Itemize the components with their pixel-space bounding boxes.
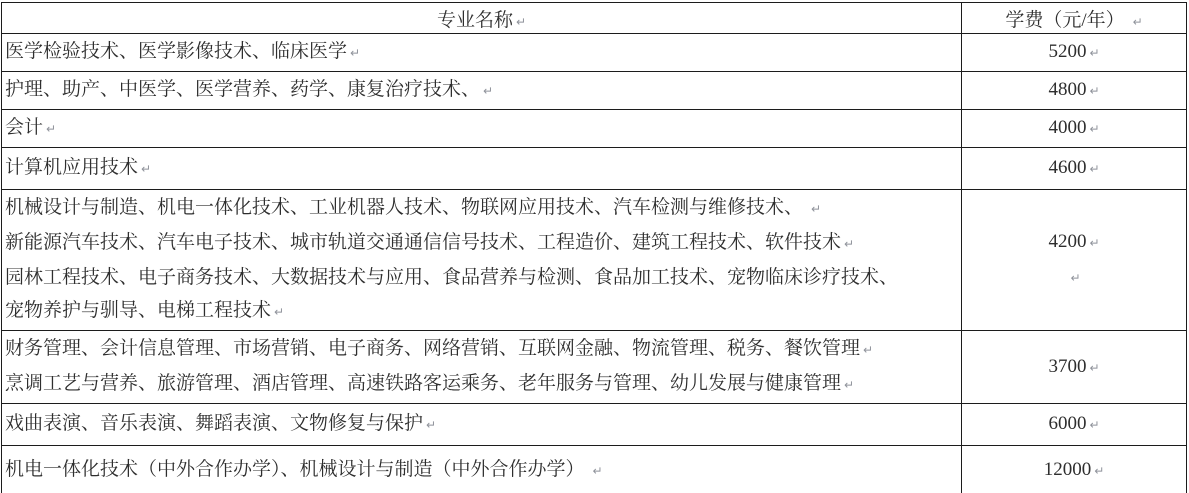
table-row: 计算机应用技术↵ 4600↵ bbox=[2, 148, 1187, 190]
fee-value: 5200 bbox=[1048, 41, 1086, 62]
majors-cell: 机电一体化技术（中外合作办学）、机械设计与制造（中外合作办学）↵ bbox=[2, 446, 962, 493]
table-row: 戏曲表演、音乐表演、舞蹈表演、文物修复与保护↵ 6000↵ bbox=[2, 404, 1187, 446]
return-mark-icon: ↵ bbox=[1089, 84, 1099, 98]
fee-value: 3700 bbox=[1048, 356, 1086, 377]
return-mark-icon: ↵ bbox=[1089, 361, 1099, 375]
return-mark-icon: ↵ bbox=[1070, 271, 1080, 285]
fee-cell: 4200↵ ↵ bbox=[962, 190, 1187, 331]
return-mark-icon: ↵ bbox=[844, 237, 854, 251]
return-mark-icon: ↵ bbox=[483, 84, 493, 98]
column-header-fee-label: 学费（元/年） bbox=[1005, 10, 1124, 31]
major-list-line: 财务管理、会计信息管理、市场营销、电子商务、网络营销、互联网金融、物流管理、税务… bbox=[5, 338, 860, 359]
return-mark-icon: ↵ bbox=[274, 305, 284, 319]
majors-cell: 医学检验技术、医学影像技术、临床医学↵ bbox=[2, 34, 962, 72]
fee-cell: 5200↵ bbox=[962, 34, 1187, 72]
table-row: 医学检验技术、医学影像技术、临床医学↵ 5200↵ bbox=[2, 34, 1187, 72]
majors-cell: 会计↵ bbox=[2, 110, 962, 148]
return-mark-icon: ↵ bbox=[811, 202, 821, 216]
return-mark-icon: ↵ bbox=[863, 343, 873, 357]
return-mark-icon: ↵ bbox=[1089, 46, 1099, 60]
table-row: 护理、助产、中医学、医学营养、药学、康复治疗技术、↵ 4800↵ bbox=[2, 72, 1187, 110]
return-mark-icon: ↵ bbox=[1089, 236, 1099, 250]
fee-value: 4800 bbox=[1048, 79, 1086, 100]
fee-value: 12000 bbox=[1044, 459, 1092, 480]
column-header-fee: 学费（元/年）↵ bbox=[962, 3, 1187, 34]
major-list-line: 医学检验技术、医学影像技术、临床医学 bbox=[5, 41, 347, 62]
fee-value: 4600 bbox=[1048, 157, 1086, 178]
column-header-major: 专业名称↵ bbox=[2, 3, 962, 34]
return-mark-icon: ↵ bbox=[844, 378, 854, 392]
major-list-line: 机电一体化技术（中外合作办学）、机械设计与制造（中外合作办学） bbox=[5, 459, 585, 480]
table-row: 会计↵ 4000↵ bbox=[2, 110, 1187, 148]
major-list-line: 烹调工艺与营养、旅游管理、酒店管理、高速铁路客运乘务、老年服务与管理、幼儿发展与… bbox=[5, 373, 841, 394]
major-list-line: 护理、助产、中医学、医学营养、药学、康复治疗技术、 bbox=[5, 79, 480, 100]
majors-cell: 护理、助产、中医学、医学营养、药学、康复治疗技术、↵ bbox=[2, 72, 962, 110]
document-page: 专业名称↵ 学费（元/年）↵ 医学检验技术、医学影像技术、临床医学↵ 5200↵… bbox=[0, 0, 1189, 493]
return-mark-icon: ↵ bbox=[593, 464, 603, 478]
fee-cell: 3700↵ bbox=[962, 331, 1187, 404]
major-list-line: 宠物养护与驯导、电梯工程技术 bbox=[5, 300, 271, 321]
major-list-line: 新能源汽车技术、汽车电子技术、城市轨道交通通信信号技术、工程造价、建筑工程技术、… bbox=[5, 232, 841, 253]
fee-value: 4200 bbox=[1048, 231, 1086, 252]
table-row: 财务管理、会计信息管理、市场营销、电子商务、网络营销、互联网金融、物流管理、税务… bbox=[2, 331, 1187, 404]
majors-cell: 机械设计与制造、机电一体化技术、工业机器人技术、物联网应用技术、汽车检测与维修技… bbox=[2, 190, 962, 331]
column-header-major-label: 专业名称 bbox=[437, 10, 513, 31]
fee-cell: 6000↵ bbox=[962, 404, 1187, 446]
table-row: 机电一体化技术（中外合作办学）、机械设计与制造（中外合作办学）↵ 12000↵ bbox=[2, 446, 1187, 493]
majors-cell: 财务管理、会计信息管理、市场营销、电子商务、网络营销、互联网金融、物流管理、税务… bbox=[2, 331, 962, 404]
return-mark-icon: ↵ bbox=[46, 122, 56, 136]
return-mark-icon: ↵ bbox=[1133, 15, 1143, 29]
return-mark-icon: ↵ bbox=[350, 46, 360, 60]
return-mark-icon: ↵ bbox=[141, 162, 151, 176]
fee-cell: 4000↵ bbox=[962, 110, 1187, 148]
majors-cell: 戏曲表演、音乐表演、舞蹈表演、文物修复与保护↵ bbox=[2, 404, 962, 446]
table-row: 机械设计与制造、机电一体化技术、工业机器人技术、物联网应用技术、汽车检测与维修技… bbox=[2, 190, 1187, 331]
return-mark-icon: ↵ bbox=[1089, 162, 1099, 176]
fee-cell: 12000↵ bbox=[962, 446, 1187, 493]
major-list-line: 戏曲表演、音乐表演、舞蹈表演、文物修复与保护 bbox=[5, 413, 423, 434]
return-mark-icon: ↵ bbox=[516, 15, 526, 29]
return-mark-icon: ↵ bbox=[1094, 464, 1104, 478]
fee-cell: 4800↵ bbox=[962, 72, 1187, 110]
header-row: 专业名称↵ 学费（元/年）↵ bbox=[2, 3, 1187, 34]
fee-value: 6000 bbox=[1048, 413, 1086, 434]
major-list-line: 机械设计与制造、机电一体化技术、工业机器人技术、物联网应用技术、汽车检测与维修技… bbox=[5, 197, 803, 218]
tuition-table: 专业名称↵ 学费（元/年）↵ 医学检验技术、医学影像技术、临床医学↵ 5200↵… bbox=[1, 2, 1187, 493]
fee-cell: 4600↵ bbox=[962, 148, 1187, 190]
major-list-line: 会计 bbox=[5, 117, 43, 138]
major-list-line: 园林工程技术、电子商务技术、大数据技术与应用、食品营养与检测、食品加工技术、宠物… bbox=[5, 267, 898, 288]
return-mark-icon: ↵ bbox=[426, 418, 436, 432]
return-mark-icon: ↵ bbox=[1089, 122, 1099, 136]
majors-cell: 计算机应用技术↵ bbox=[2, 148, 962, 190]
fee-value: 4000 bbox=[1048, 117, 1086, 138]
return-mark-icon: ↵ bbox=[1089, 418, 1099, 432]
major-list-line: 计算机应用技术 bbox=[5, 157, 138, 178]
